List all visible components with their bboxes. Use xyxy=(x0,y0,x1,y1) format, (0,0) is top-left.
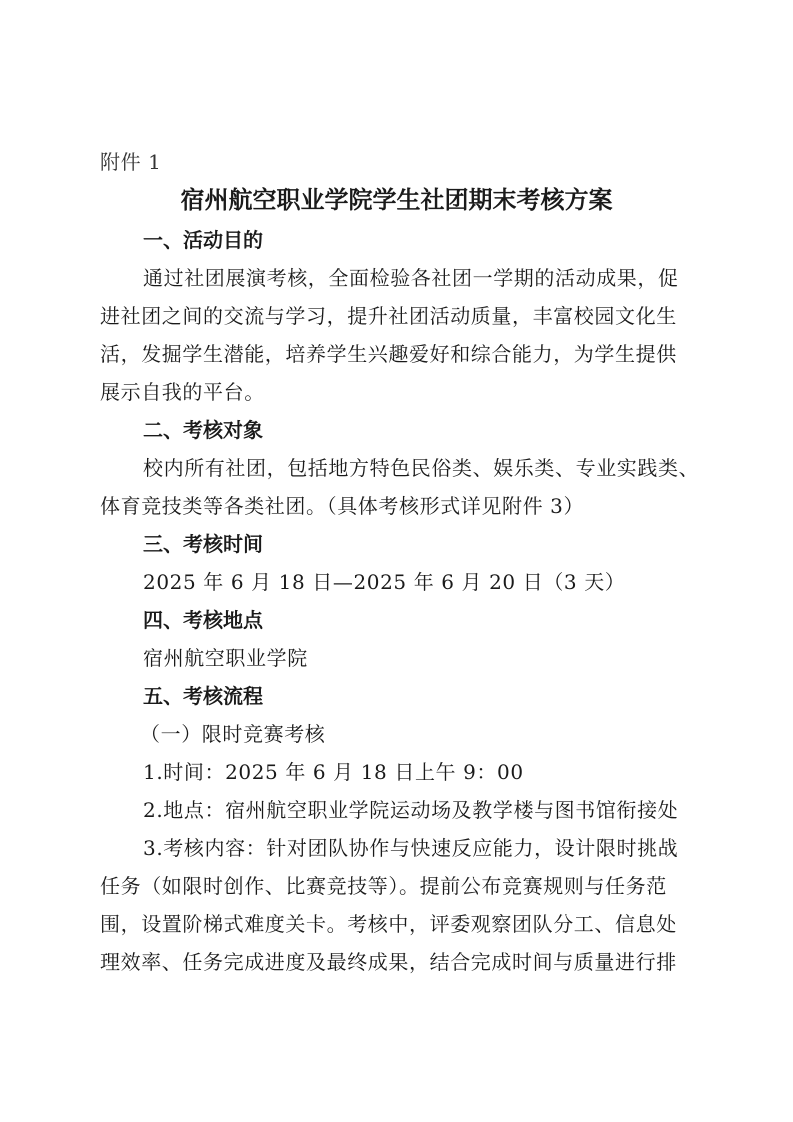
section-heading-time: 三、考核时间 xyxy=(143,530,743,558)
annex-label: 附件 1 xyxy=(100,148,700,176)
section-heading-targets: 二、考核对象 xyxy=(143,416,743,444)
paragraph-line: 2025 年 6 月 18 日—2025 年 6 月 20 日（3 天） xyxy=(143,568,743,596)
section-heading-purpose: 一、活动目的 xyxy=(143,226,743,254)
list-item: 2.地点：宿州航空职业学院运动场及教学楼与图书馆衔接处 xyxy=(143,796,743,824)
document-title: 宿州航空职业学院学生社团期末考核方案 xyxy=(0,184,793,216)
paragraph-line: 展示自我的平台。 xyxy=(100,378,700,406)
section-heading-process: 五、考核流程 xyxy=(143,682,743,710)
section-heading-location: 四、考核地点 xyxy=(143,606,743,634)
paragraph-line: 通过社团展演考核，全面检验各社团一学期的活动成果，促 xyxy=(143,264,743,292)
paragraph-line: 活，发掘学生潜能，培养学生兴趣爱好和综合能力，为学生提供 xyxy=(100,340,700,368)
paragraph-line: 体育竞技类等各类社团。（具体考核形式详见附件 3） xyxy=(100,492,700,520)
paragraph-line: 进社团之间的交流与学习，提升社团活动质量，丰富校园文化生 xyxy=(100,302,700,330)
list-item: 3.考核内容：针对团队协作与快速反应能力，设计限时挑战 xyxy=(143,834,743,862)
paragraph-line: 理效率、任务完成进度及最终成果，结合完成时间与质量进行排 xyxy=(100,948,700,976)
document-page: 附件 1 宿州航空职业学院学生社团期末考核方案 一、活动目的 通过社团展演考核，… xyxy=(0,0,793,1122)
paragraph-line: 围，设置阶梯式难度关卡。考核中，评委观察团队分工、信息处 xyxy=(100,910,700,938)
list-item: 1.时间：2025 年 6 月 18 日上午 9：00 xyxy=(143,758,743,786)
paragraph-line: 宿州航空职业学院 xyxy=(143,644,743,672)
subsection-heading: （一）限时竞赛考核 xyxy=(140,720,740,748)
paragraph-line: 任务（如限时创作、比赛竞技等）。提前公布竞赛规则与任务范 xyxy=(100,872,700,900)
paragraph-line: 校内所有社团，包括地方特色民俗类、娱乐类、专业实践类、 xyxy=(143,454,743,482)
